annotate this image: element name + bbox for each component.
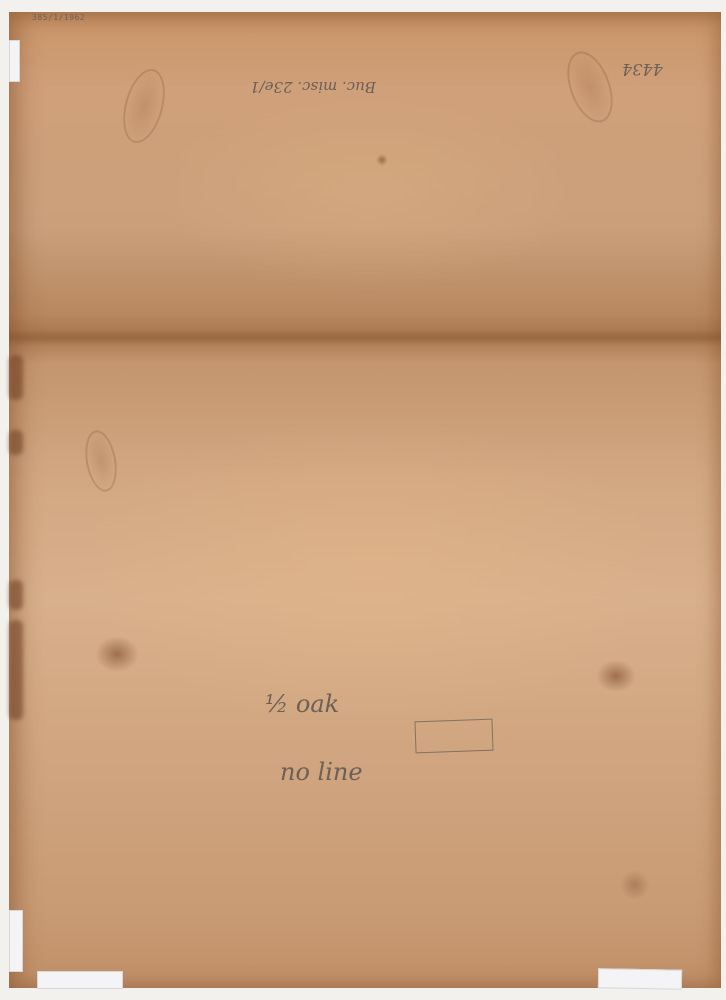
tape-bottom-right — [598, 968, 682, 989]
pencil-note-oak: ½ oak — [265, 690, 339, 718]
accession-stamp: 385/1/1962 — [32, 13, 85, 22]
edge-stain — [9, 355, 23, 400]
inverted-number: 4434 — [622, 60, 663, 79]
edge-stain — [9, 620, 23, 720]
tape-top-left — [9, 40, 20, 82]
stain-spot — [620, 870, 650, 900]
pencil-note-line: no line — [280, 758, 363, 786]
stain-spot — [596, 660, 636, 692]
pencil-box-sketch — [414, 719, 493, 754]
tape-bottom — [37, 971, 123, 989]
stain-spot — [376, 154, 388, 166]
edge-stain — [9, 580, 23, 610]
tape-bottom-left — [9, 910, 23, 972]
horizontal-fold-line — [9, 330, 721, 346]
edge-stain — [9, 430, 23, 455]
paper-sheet — [9, 12, 721, 988]
stain-spot — [95, 636, 139, 672]
inverted-label: Buc. misc. 23e/1 — [250, 78, 376, 96]
